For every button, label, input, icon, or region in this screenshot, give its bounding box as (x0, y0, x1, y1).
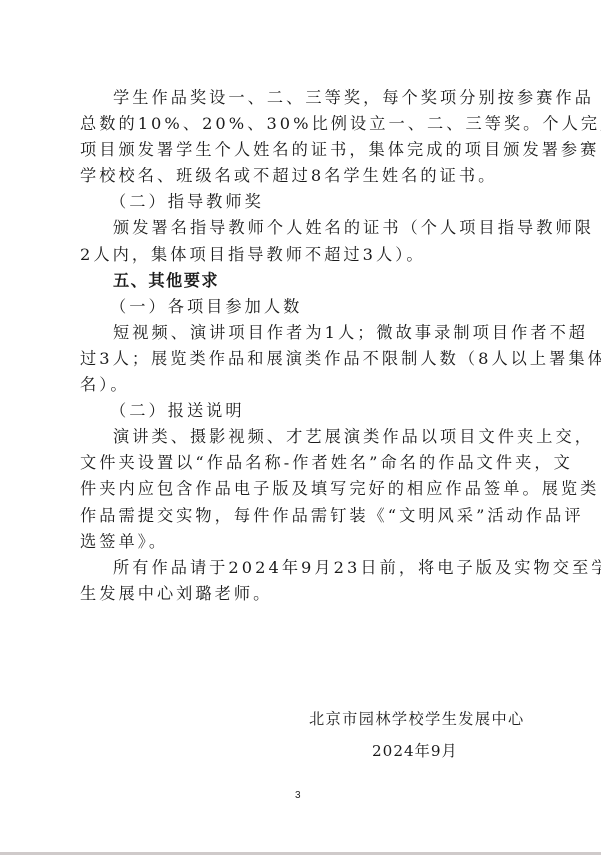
paragraph-line: 短视频、演讲项目作者为1人；微故事录制项目作者不超 (80, 320, 522, 346)
paragraph-line: 文件夹设置以“作品名称-作者姓名”命名的作品文件夹，文 (80, 450, 522, 476)
paragraph-line: 作品需提交实物，每件作品需钉装《“文明风采”活动作品评 (80, 503, 522, 529)
page-number: 3 (295, 790, 301, 801)
paragraph-line: 项目颁发署学生个人姓名的证书，集体完成的项目颁发署参赛 (80, 137, 522, 163)
paragraph-line: 演讲类、摄影视频、才艺展演类作品以项目文件夹上交， (80, 424, 522, 450)
paragraph-line: 2人内，集体项目指导教师不超过3人）。 (80, 242, 522, 268)
paragraph-line: 名）。 (80, 372, 522, 398)
subheading-participants: （一）各项目参加人数 (80, 294, 522, 320)
document-page: 学生作品奖设一、二、三等奖，每个奖项分别按参赛作品 总数的10%、20%、30%… (0, 0, 601, 852)
paragraph-line: 学生作品奖设一、二、三等奖，每个奖项分别按参赛作品 (80, 85, 522, 111)
signature-organization: 北京市园林学校学生发展中心 (309, 708, 525, 729)
paragraph-line: 颁发署名指导教师个人姓名的证书（个人项目指导教师限 (80, 215, 522, 241)
document-body: 学生作品奖设一、二、三等奖，每个奖项分别按参赛作品 总数的10%、20%、30%… (80, 85, 522, 607)
subheading-submission: （二）报送说明 (80, 398, 522, 424)
section-heading-other-requirements: 五、其他要求 (80, 268, 522, 294)
paragraph-line: 过3人；展览类作品和展演类作品不限制人数（8人以上署集体 (80, 346, 522, 372)
paragraph-line: 总数的10%、20%、30%比例设立一、二、三等奖。个人完成的 (80, 111, 522, 137)
subheading-teacher-award: （二）指导教师奖 (80, 189, 522, 215)
paragraph-line: 件夹内应包含作品电子版及填写完好的相应作品签单。展览类 (80, 476, 522, 502)
signature-date: 2024年9月 (372, 740, 458, 761)
paragraph-line: 生发展中心刘璐老师。 (80, 581, 522, 607)
paragraph-line: 所有作品请于2024年9月23日前，将电子版及实物交至学 (80, 555, 522, 581)
paragraph-line: 选签单》。 (80, 529, 522, 555)
paragraph-line: 学校校名、班级名或不超过8名学生姓名的证书。 (80, 163, 522, 189)
